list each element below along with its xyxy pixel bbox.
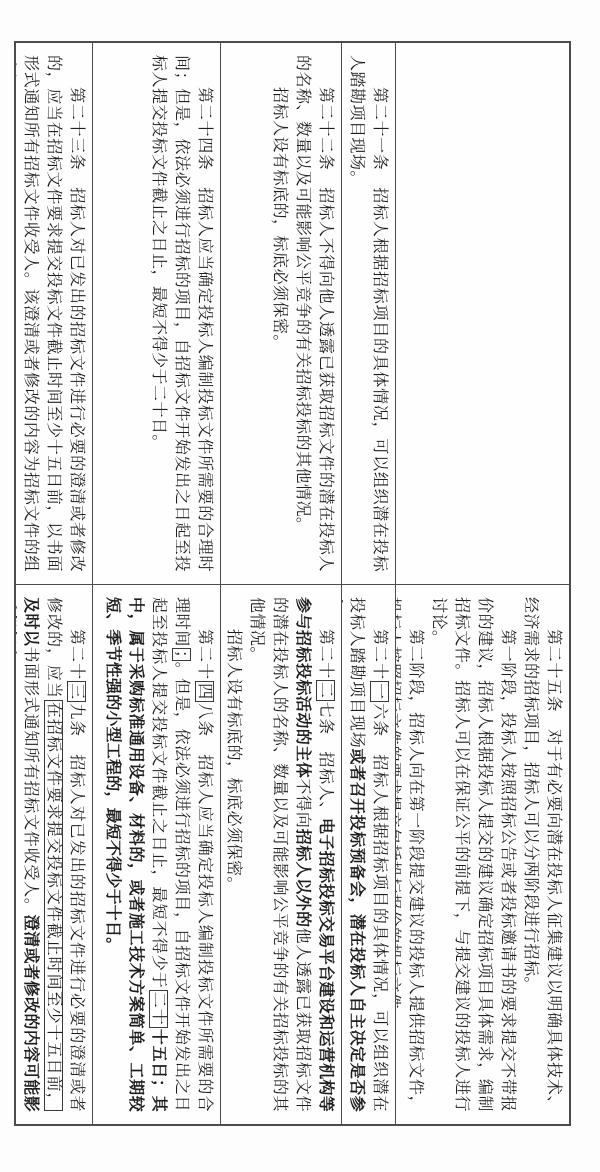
text-run: 第二十	[371, 629, 388, 680]
cell-draft-revision: 第二十五条 对于有必要向潜在投标人征集建议以明确具体技术、经济需求的招标项目，招…	[396, 585, 569, 1124]
rotated-document: 第二十五条 对于有必要向潜在投标人征集建议以明确具体技术、经济需求的招标项目，招…	[14, 41, 571, 1126]
cell-current-law: 第二十二条 招标人不得向他人透露已获取招标文件的潜在投标人的名称、数量以及可能影…	[221, 43, 341, 585]
boxed-revision-mark: 在招标文件要求提交投标文件截止时间至少十五日前，	[44, 700, 63, 1111]
table-row: 第二十二条 招标人不得向他人透露已获取招标文件的潜在投标人的名称、数量以及可能影…	[220, 43, 341, 1124]
text-run: 招标人设有标底的，标底必须保密。	[271, 87, 288, 351]
paragraph: 第二十三九条 招标人对已发出的招标文件进行必要的澄清或者修改的，应当在招标文件要…	[16, 597, 88, 1112]
text-run: 第二十	[317, 629, 334, 679]
table-row: 第二十四条 招标人应当确定投标人编制投标文件所需要的合理时间；但是，依法必须进行…	[92, 43, 220, 1124]
paragraph: 第二十四条 招标人应当确定投标人编制投标文件所需要的合理时间；但是，依法必须进行…	[147, 55, 216, 572]
scanned-page: 第二十五条 对于有必要向潜在投标人征集建议以明确具体技术、经济需求的招标项目，招…	[0, 0, 600, 1172]
text-run: 第二十三条 招标人对已发出的招标文件进行必要的澄清或者修改的，应当在招标文件要求…	[16, 55, 85, 572]
paragraph: 第二十五条 对于有必要向潜在投标人征集建议以明确具体技术、经济需求的招标项目，招…	[519, 597, 565, 1112]
text-run: 第二十四条 招标人应当确定投标人编制投标文件所需要的合理时间；但是，依法必须进行…	[150, 55, 213, 572]
paragraph: 第二十三条 招标人对已发出的招标文件进行必要的澄清或者修改的，应当在招标文件要求…	[16, 55, 88, 572]
text-run: 不得向	[294, 778, 311, 828]
inserted-text: 招标人以外的	[294, 829, 311, 928]
cell-current-law: 第二十三条 招标人对已发出的招标文件进行必要的澄清或者修改的，应当在招标文件要求…	[16, 43, 92, 585]
comparison-table: 第二十五条 对于有必要向潜在投标人征集建议以明确具体技术、经济需求的招标项目，招…	[14, 41, 571, 1126]
paragraph: 第二十一条 招标人根据招标项目的具体情况，可以组织潜在投标人踏勘项目现场。	[345, 55, 391, 572]
paragraph: 第二十一六条 招标人根据招标项目的具体情况，可以组织潜在投标人踏勘项目现场或者召…	[342, 597, 391, 1112]
paragraph: 第一阶段，投标人按照招标公告或者投标邀请书的要求提交不带报价的建议，招标人根据投…	[427, 597, 519, 1112]
text-run: 第二十	[196, 629, 213, 680]
text-run: 书面形式通知所有招标文件收受人。	[22, 646, 39, 914]
cell-current-law	[396, 43, 569, 585]
text-run: 七条 招标人、	[317, 702, 334, 818]
cell-draft-revision: 第二十二七条 招标人、电子招标投标交易平台建设和运营机构等参与招标投标活动的主体…	[221, 585, 341, 1124]
inserted-text: 及时以	[22, 597, 39, 646]
text-run: 第二阶段，招标人向在第一阶段提交建议的投标人提供招标文件，投标人按照招标文件的要…	[396, 597, 424, 1112]
text-run: 第二十	[68, 629, 85, 680]
boxed-revision-mark: 四	[195, 681, 214, 702]
text-run: 第二十一条 招标人根据招标项目的具体情况，可以组织潜在投标人踏勘项目现场。	[348, 55, 388, 572]
paragraph: 招标人设有标底的，标底必须保密。	[222, 597, 245, 1112]
cell-current-law: 第二十四条 招标人应当确定投标人编制投标文件所需要的合理时间；但是，依法必须进行…	[93, 43, 220, 585]
table-row: 第二十三条 招标人对已发出的招标文件进行必要的澄清或者修改的，应当在招标文件要求…	[16, 43, 92, 1124]
text-run: 第二十二条 招标人不得向他人透露已获取招标文件的潜在投标人的名称、数量以及可能影…	[294, 55, 334, 572]
boxed-revision-mark: 三	[67, 681, 86, 702]
paragraph: 第二十四八条 招标人应当确定投标人编制投标文件所需要的合理时间；。但是，依法必须…	[101, 597, 216, 1112]
boxed-revision-mark: 一	[370, 681, 389, 702]
table-row: 第二十一条 招标人根据招标项目的具体情况，可以组织潜在投标人踏勘项目现场。第二十…	[341, 43, 395, 1124]
text-run: 第二十五条 对于有必要向潜在投标人征集建议以明确具体技术、经济需求的招标项目，招…	[522, 597, 562, 1112]
boxed-revision-mark: ；	[172, 648, 191, 661]
cell-draft-revision: 第二十一六条 招标人根据招标项目的具体情况，可以组织潜在投标人踏勘项目现场或者召…	[342, 585, 395, 1124]
paragraph: 第二十二条 招标人不得向他人透露已获取招标文件的潜在投标人的名称、数量以及可能影…	[291, 55, 337, 572]
text-run: 招标人设有标底的，标底必须保密。	[225, 629, 242, 893]
paragraph: 第二阶段，招标人向在第一阶段提交建议的投标人提供招标文件，投标人按照招标文件的要…	[396, 597, 427, 1112]
cell-current-law: 第二十一条 招标人根据招标项目的具体情况，可以组织潜在投标人踏勘项目现场。	[342, 43, 395, 585]
text-run: 第一阶段，投标人按照招标公告或者投标邀请书的要求提交不带报价的建议，招标人根据投…	[430, 597, 516, 1112]
boxed-revision-mark: 二十	[149, 990, 168, 1028]
boxed-revision-mark: 二	[316, 680, 335, 701]
paragraph: 招标人设有标底的，标底必须保密。	[268, 55, 291, 572]
table-row: 第二十五条 对于有必要向潜在投标人征集建议以明确具体技术、经济需求的招标项目，招…	[395, 43, 569, 1124]
cell-draft-revision: 第二十四八条 招标人应当确定投标人编制投标文件所需要的合理时间；。但是，依法必须…	[93, 585, 220, 1124]
cell-draft-revision: 第二十三九条 招标人对已发出的招标文件进行必要的澄清或者修改的，应当在招标文件要…	[16, 585, 92, 1124]
paragraph: 第二十二七条 招标人、电子招标投标交易平台建设和运营机构等参与招标投标活动的主体…	[245, 597, 337, 1112]
